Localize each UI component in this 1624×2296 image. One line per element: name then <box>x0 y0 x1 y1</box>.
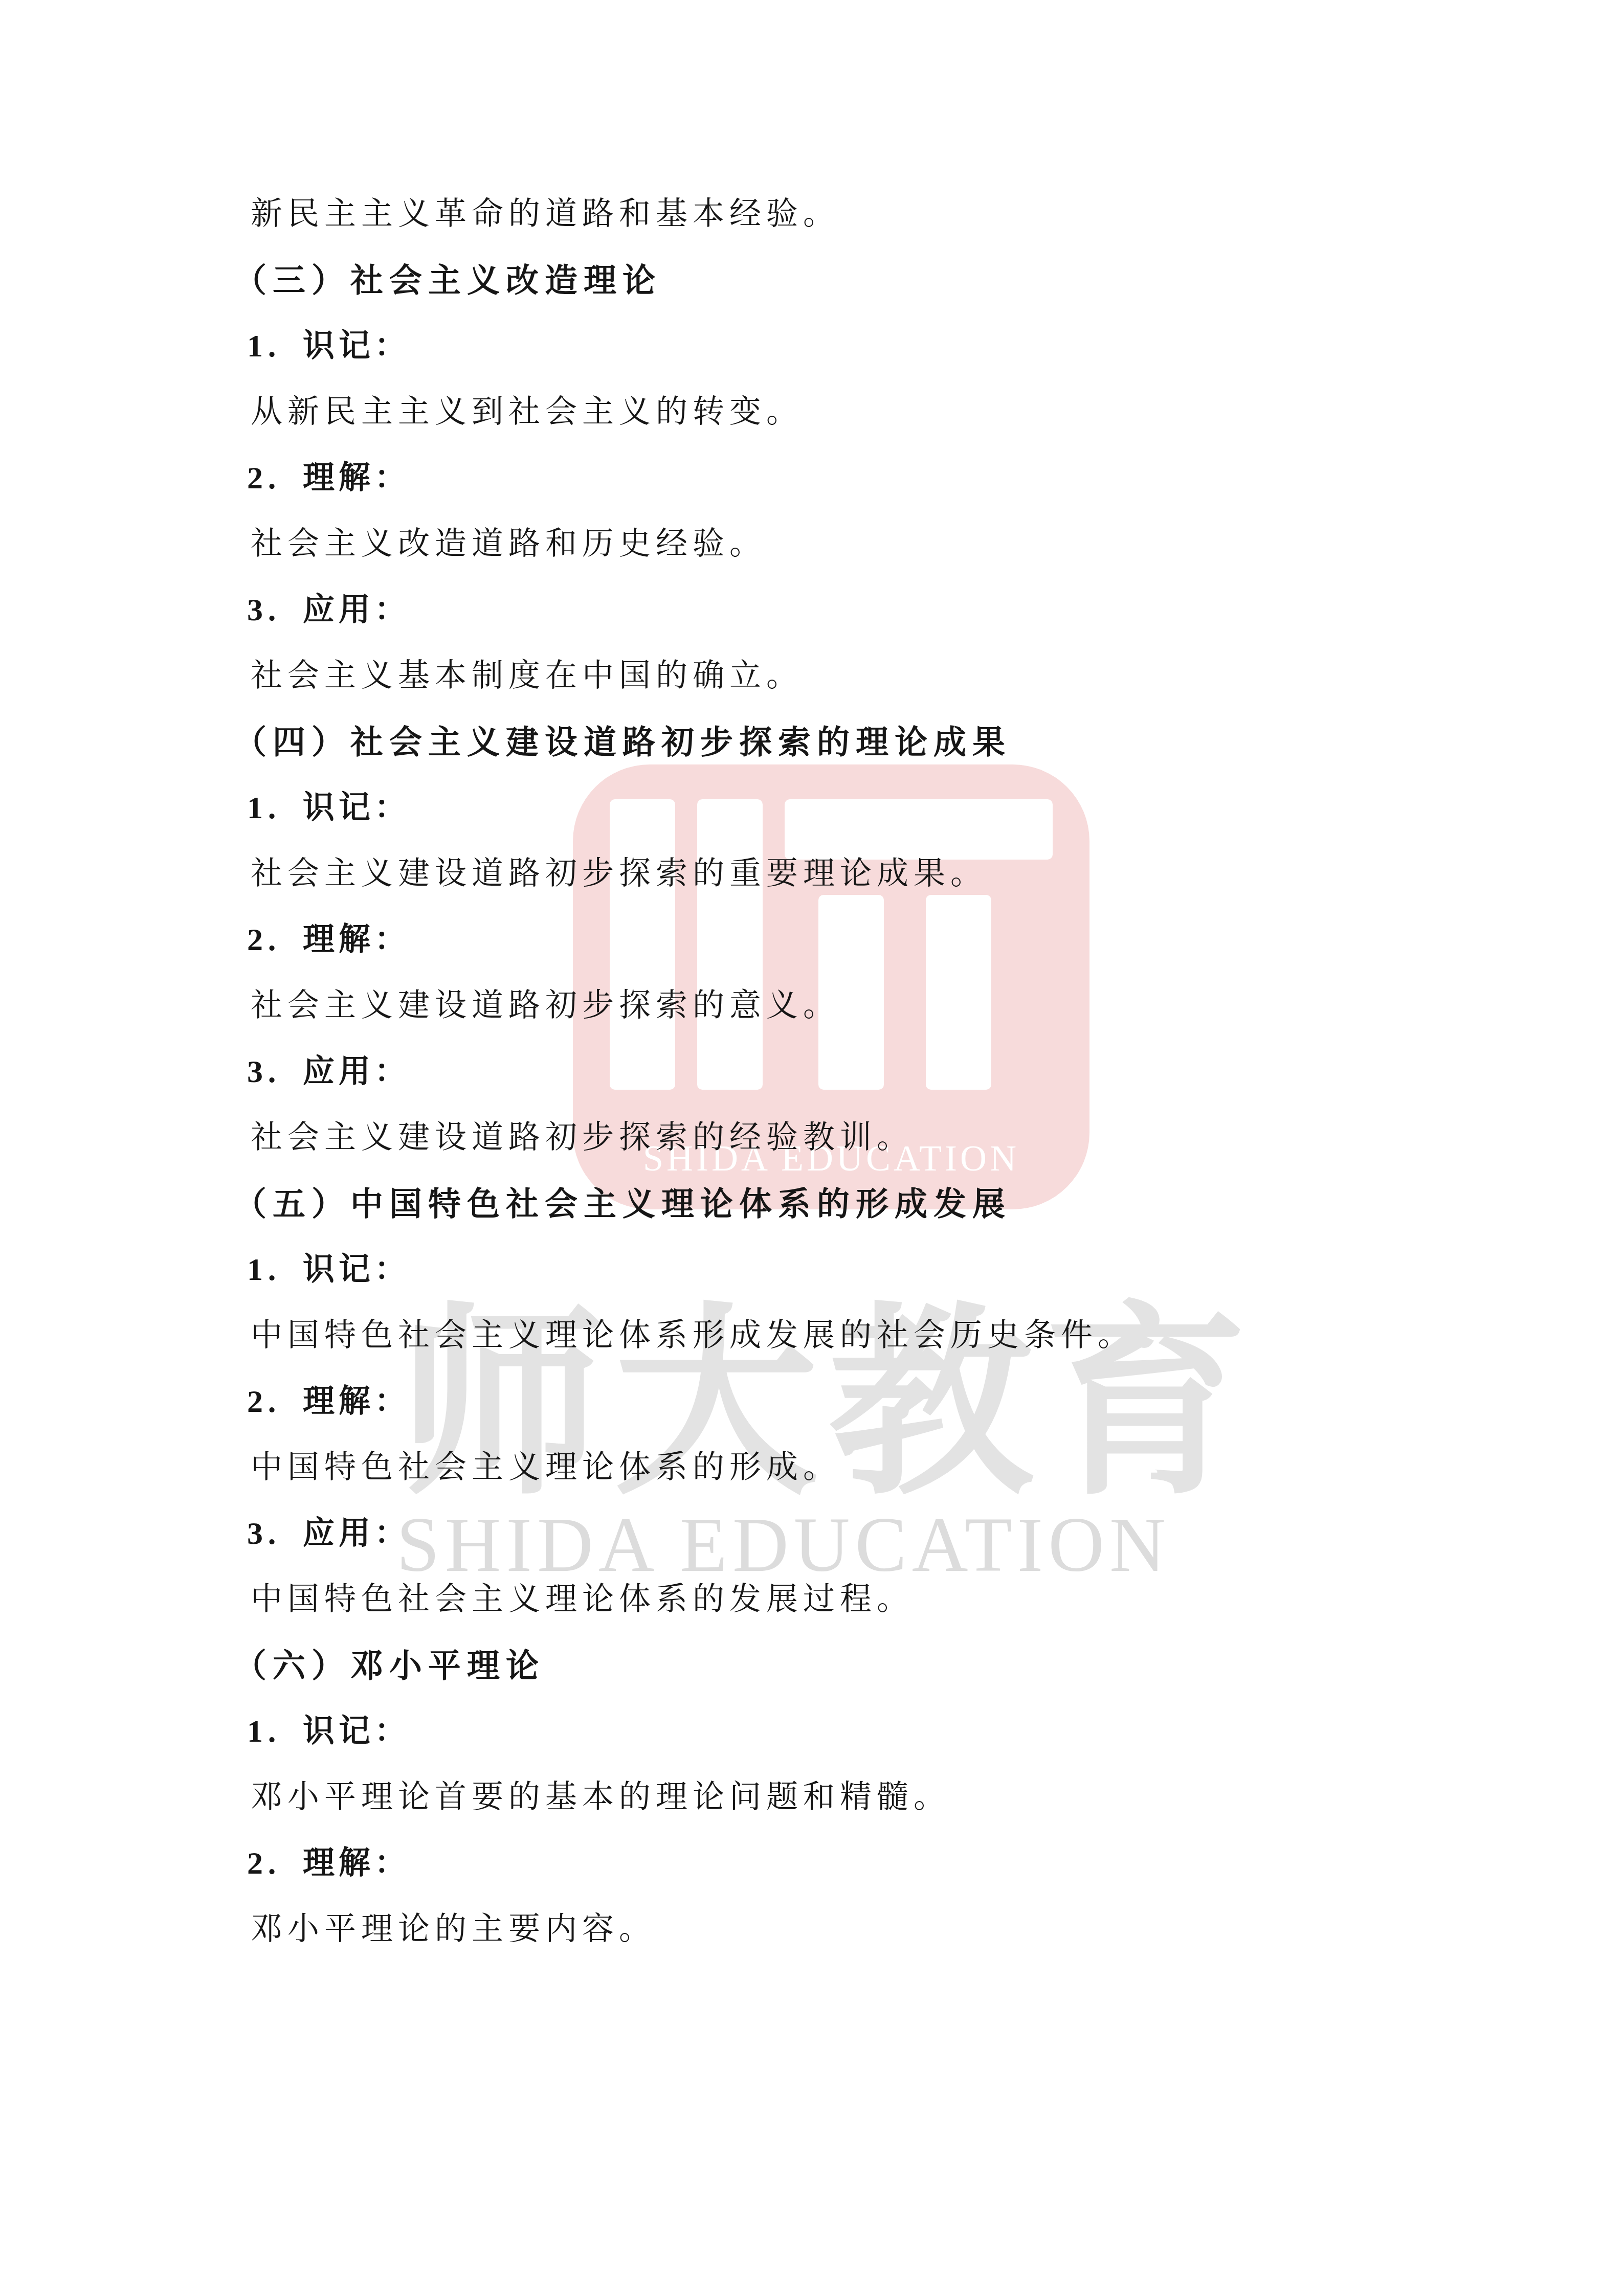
document-line: 2．理解： <box>0 1831 1624 1897</box>
document-line: 2．理解： <box>0 907 1624 973</box>
document-page: 师大教育 SHIDA EDUCATION SHIDA EDUCATION 新民主… <box>0 0 1624 2296</box>
document-line: 3．应用： <box>0 1039 1624 1105</box>
document-line: 从新民主主义到社会主义的转变。 <box>0 379 1624 445</box>
document-line: 中国特色社会主义理论体系的形成。 <box>0 1435 1624 1501</box>
document-line: 2．理解： <box>0 445 1624 511</box>
document-line: 1．识记： <box>0 1237 1624 1303</box>
document-line: 邓小平理论首要的基本的理论问题和精髓。 <box>0 1765 1624 1831</box>
document-line: 3．应用： <box>0 577 1624 643</box>
document-line: 中国特色社会主义理论体系的发展过程。 <box>0 1567 1624 1633</box>
document-line: 3．应用： <box>0 1501 1624 1567</box>
document-line: 1．识记： <box>0 1699 1624 1765</box>
document-line: 1．识记： <box>0 313 1624 379</box>
document-line: （三）社会主义改造理论 <box>0 247 1624 313</box>
document-line: 新民主主义革命的道路和基本经验。 <box>0 182 1624 247</box>
document-line: 社会主义建设道路初步探索的经验教训。 <box>0 1105 1624 1171</box>
document-line: 社会主义基本制度在中国的确立。 <box>0 643 1624 709</box>
document-line: 2．理解： <box>0 1369 1624 1435</box>
document-line: （五）中国特色社会主义理论体系的形成发展 <box>0 1171 1624 1237</box>
document-content: 新民主主义革命的道路和基本经验。（三）社会主义改造理论1．识记：从新民主主义到社… <box>0 182 1624 1963</box>
document-line: 1．识记： <box>0 775 1624 841</box>
document-line: （四）社会主义建设道路初步探索的理论成果 <box>0 709 1624 775</box>
document-line: 社会主义建设道路初步探索的重要理论成果。 <box>0 841 1624 907</box>
document-line: （六）邓小平理论 <box>0 1633 1624 1699</box>
document-line: 中国特色社会主义理论体系形成发展的社会历史条件。 <box>0 1303 1624 1369</box>
document-line: 邓小平理论的主要内容。 <box>0 1897 1624 1963</box>
document-line: 社会主义建设道路初步探索的意义。 <box>0 973 1624 1039</box>
document-line: 社会主义改造道路和历史经验。 <box>0 511 1624 577</box>
